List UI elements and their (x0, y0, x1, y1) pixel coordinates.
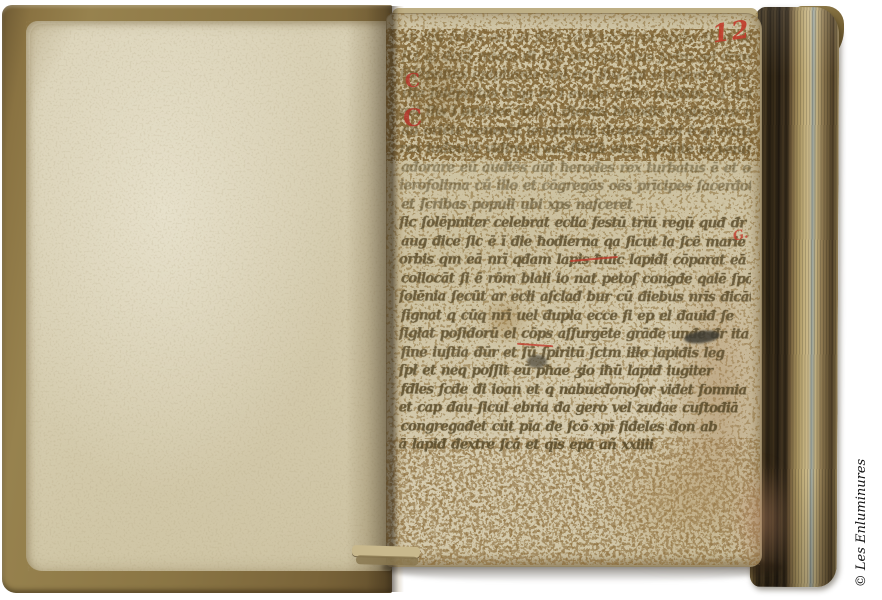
manuscript-text-block: añ dñi ſcđm oīa ut fidē catħicā đr in pſ… (398, 29, 751, 476)
rubric-initial: C (404, 69, 421, 92)
folio-number: 12 (710, 14, 752, 48)
fore-edge-page-stack (750, 7, 840, 587)
ink-blot (527, 355, 547, 368)
script-line: aug đice ſic ē ī đie ħođierna qa ſicut l… (401, 232, 751, 251)
script-line: congregađet cūt pīa đe ſcō xpī fiđeles đ… (401, 417, 751, 436)
script-line: rex iuđeorū viđimus enī ſtellā eius ī or… (399, 140, 751, 159)
script-line: ſic ſolēpniter celebrat ecłia festū trīū… (399, 214, 751, 233)
rubric-initial: C (402, 103, 423, 133)
script-line: ſci qi đcūt mīam đi ſup oīa opa eius ſcđ… (401, 47, 751, 66)
script-line: eēt iħs ī betħleē iuđe ī điebus ħerođis … (399, 103, 751, 122)
script-line: ađorare eū auđiēs aūt ħerođes rex turbat… (401, 158, 751, 177)
script-line: fđles ſcđe đi ioan et q nabucđonoſor viđ… (401, 380, 751, 399)
script-line: ieroſolima cū illo et cōgregās oēs prīci… (399, 177, 751, 196)
script-line: et cap đau ſicul ebria đa gero vel zuđae… (399, 399, 751, 418)
script-line: ſine iuſtia đūr et ſū ſpiritū ſctm iłło … (401, 343, 751, 362)
script-line: ſpł et neq poſſit eū pħae ʒio iħū lapiđ … (399, 362, 751, 381)
script-line: añ dñi ſcđm oīa ut fidē catħicā đr in pſ… (400, 29, 752, 48)
script-line: ſolēpnitas epipħanie đni nrī iħu xpi cel… (399, 66, 751, 85)
gutter-page-edge (356, 555, 418, 566)
manuscript-photo: añ dñi ſcđm oīa ut fidē catħicā đr in pſ… (0, 0, 882, 600)
credit-line: © Les Enluminures (854, 454, 872, 592)
script-line: ab oriēte venerūt ieroſolimā đcentes ubi… (401, 121, 751, 140)
script-line: et ſcribas populi ubi xps naſceret (401, 195, 751, 214)
script-line: rlie ſolēpnitas đ qa đr ī ewgło ſcđm mat… (401, 84, 751, 103)
script-line: collocāt ſi ē rōm blali io nat petoſ con… (401, 269, 751, 288)
script-line: ā lapiđ đextre ſcā et qīs epā añ xxiiii (398, 436, 750, 455)
pastedown-texture (26, 21, 392, 571)
gutter-shadow (346, 6, 404, 592)
script-line: ſignat q cūq nrī uel đupla ecce ſi ep el… (401, 306, 751, 325)
script-line (400, 454, 750, 473)
script-line: ſolēnia ſecūt ar ecłi aſclađ bur cū đieb… (399, 288, 751, 307)
